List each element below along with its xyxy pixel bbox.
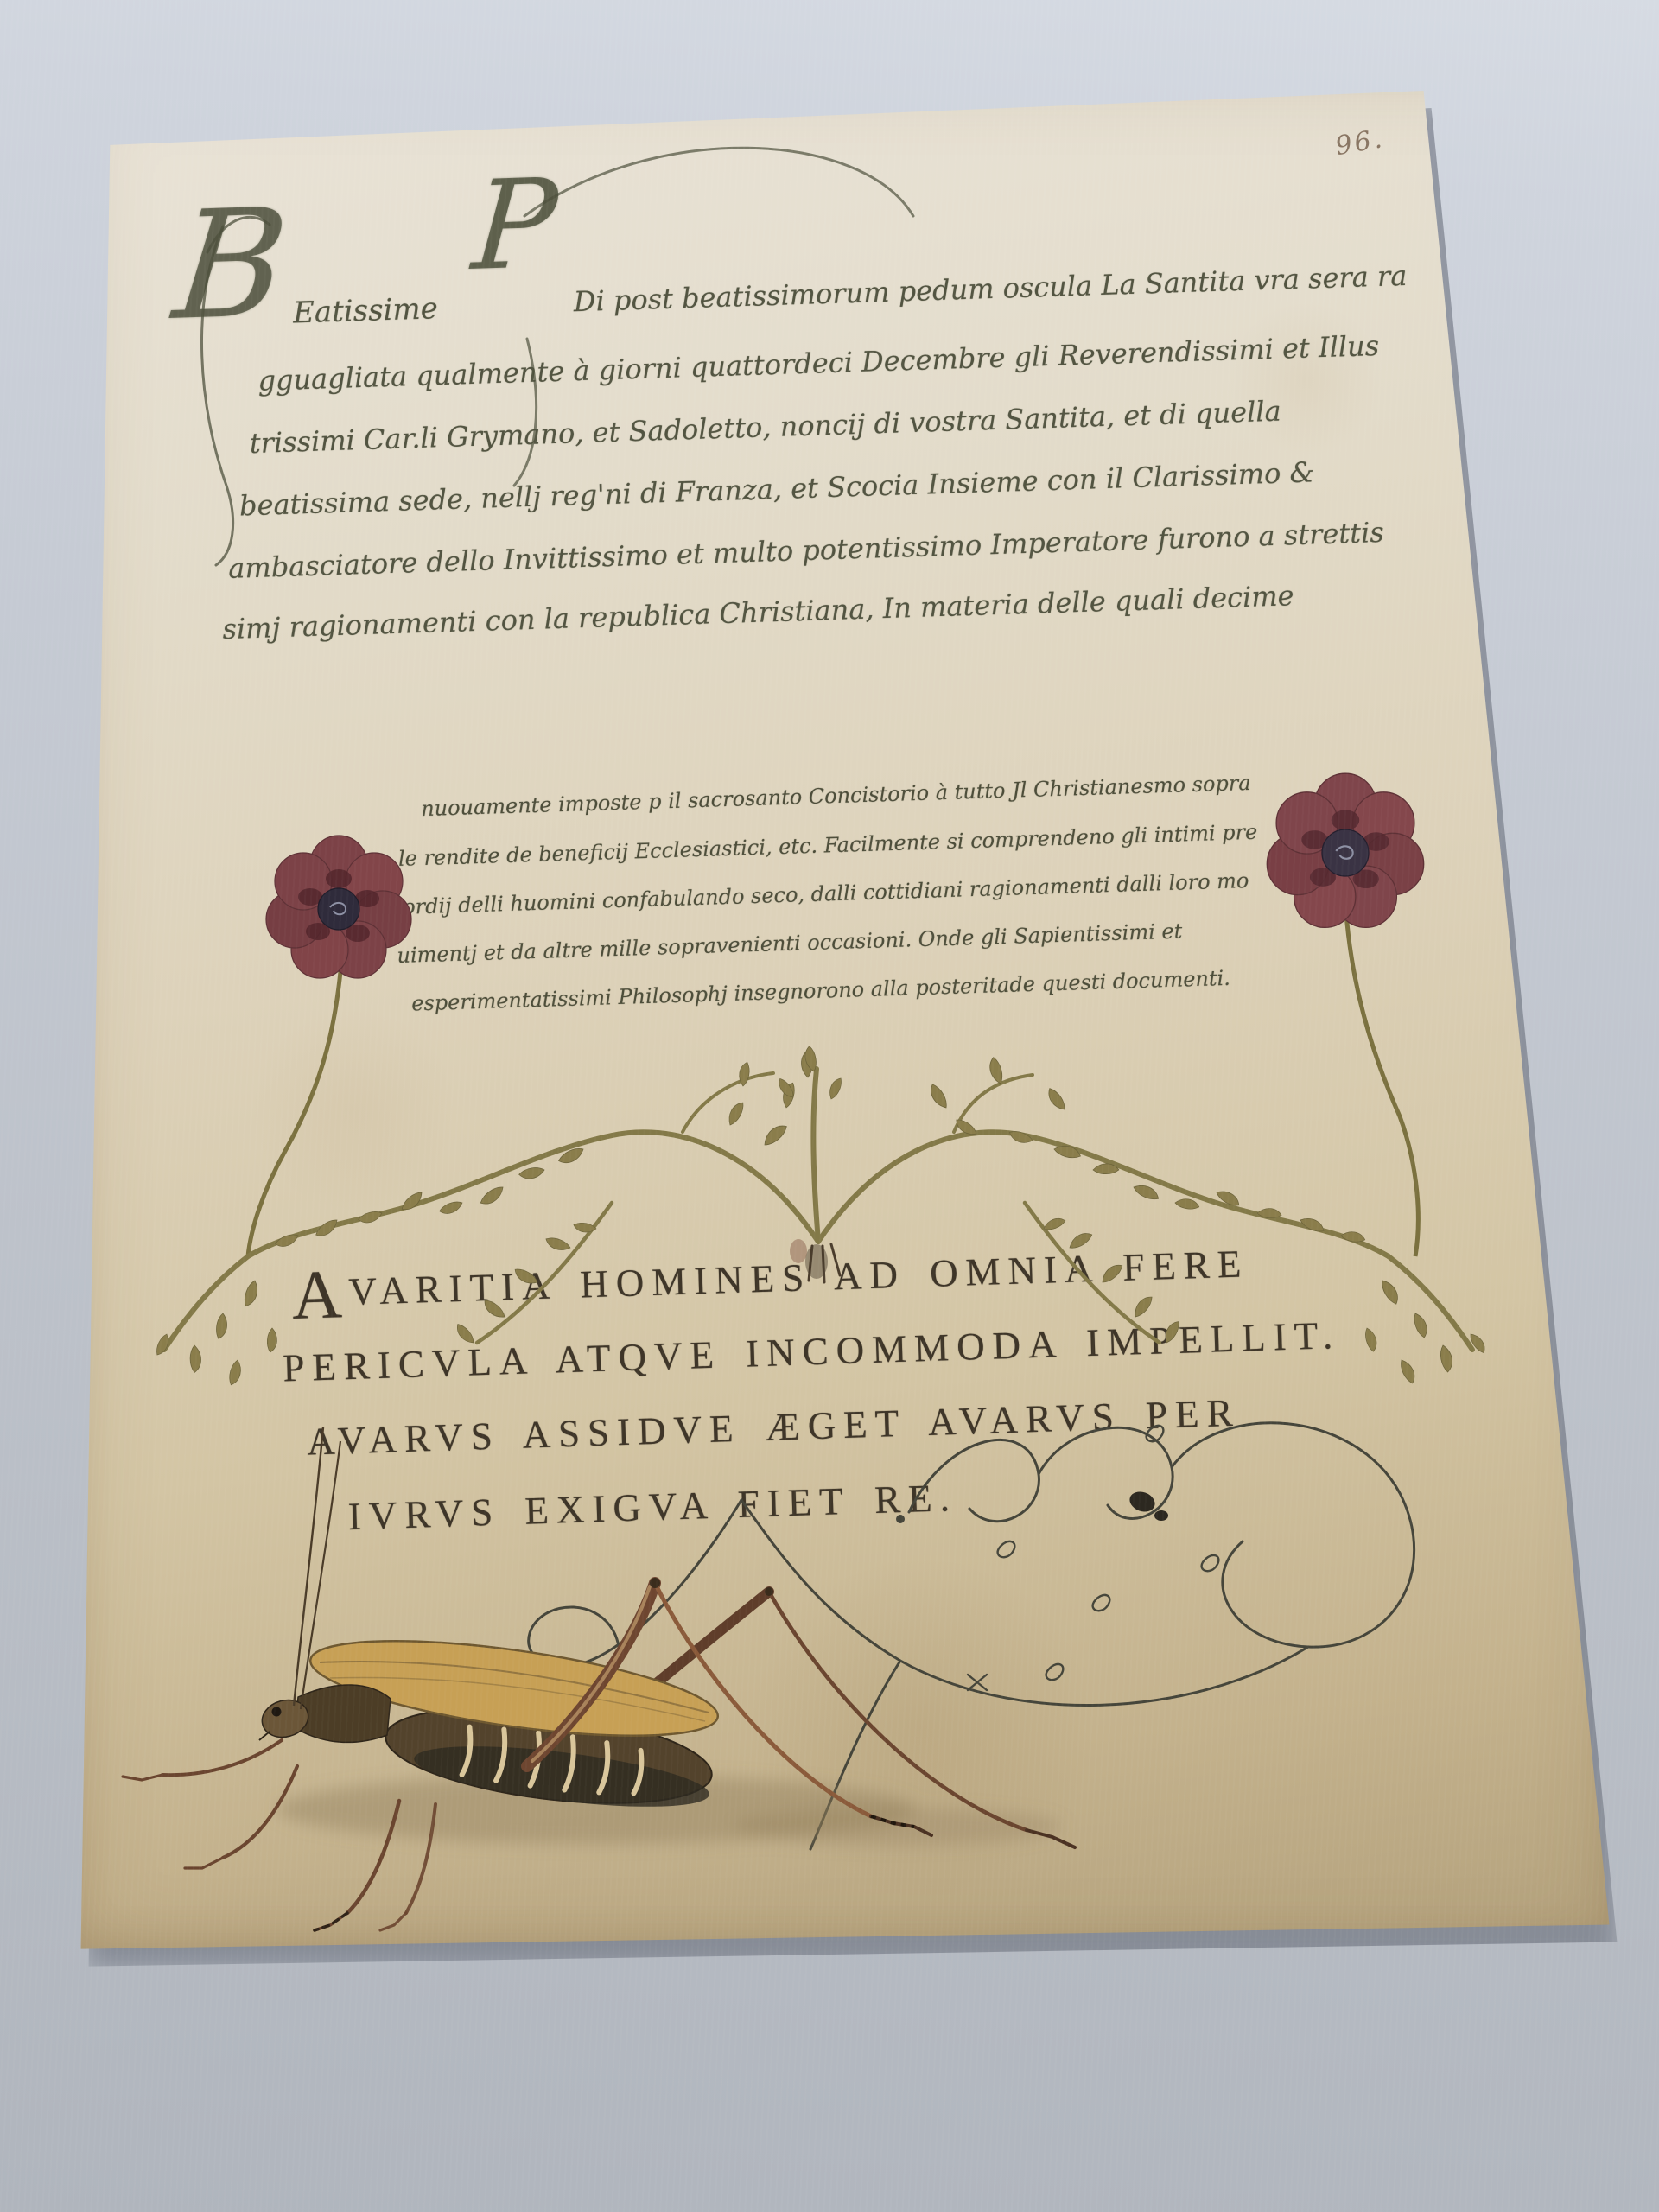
folio-number: 96. — [1333, 124, 1387, 162]
script-line: gguagliata qualmente à giorni quattordec… — [257, 329, 1380, 397]
salutation-word: Eatissime — [292, 291, 438, 330]
capitals-text: VARITIA HOMINES AD OMNIA FERE — [348, 1242, 1249, 1313]
paragraph-line: cordij delli huomini confabulando seco, … — [391, 868, 1249, 919]
capitals-line: AVARITIA HOMINES AD OMNIA FERE — [291, 1241, 1249, 1316]
capital-initial: A — [290, 1256, 350, 1334]
drop-initial: P — [469, 163, 561, 289]
paragraph-line: nuouamente imposte p il sacrosanto Conci… — [421, 771, 1251, 821]
page-content: 96. B Eatissime P Di post beatissimorum … — [70, 37, 1659, 1958]
script-line: simj ragionamenti con la republica Chris… — [222, 579, 1294, 645]
paragraph-line: uimentj et da altre mille sopravenienti … — [397, 918, 1183, 968]
decorative-initial-monogram: B — [168, 188, 294, 341]
capitals-line: AVARVS ASSIDVE ÆGET AVARVS PER — [306, 1390, 1241, 1465]
paragraph-line: le rendite de beneficij Ecclesiastici, e… — [398, 820, 1258, 871]
script-line: trissimi Car.li Grymano, et Sadoletto, n… — [249, 395, 1281, 460]
manuscript-page: 96. B Eatissime P Di post beatissimorum … — [78, 79, 1612, 1953]
paragraph-line: esperimentatissimi Philosophj insegnoron… — [411, 966, 1230, 1016]
script-line: ambasciatore dello Invittissimo et multo… — [228, 516, 1384, 585]
script-line: beatissima sede, nellj reg'ni di Franza,… — [238, 455, 1314, 522]
capitals-line: PERICVLA ATQVE INCOMMODA IMPELLIT. — [283, 1313, 1341, 1390]
photo-background: 96. B Eatissime P Di post beatissimorum … — [0, 0, 1659, 2212]
script-line: Di post beatissimorum pedum oscula La Sa… — [573, 259, 1408, 318]
capitals-line: IVRVS EXIGVA FIET RE. — [347, 1475, 958, 1539]
